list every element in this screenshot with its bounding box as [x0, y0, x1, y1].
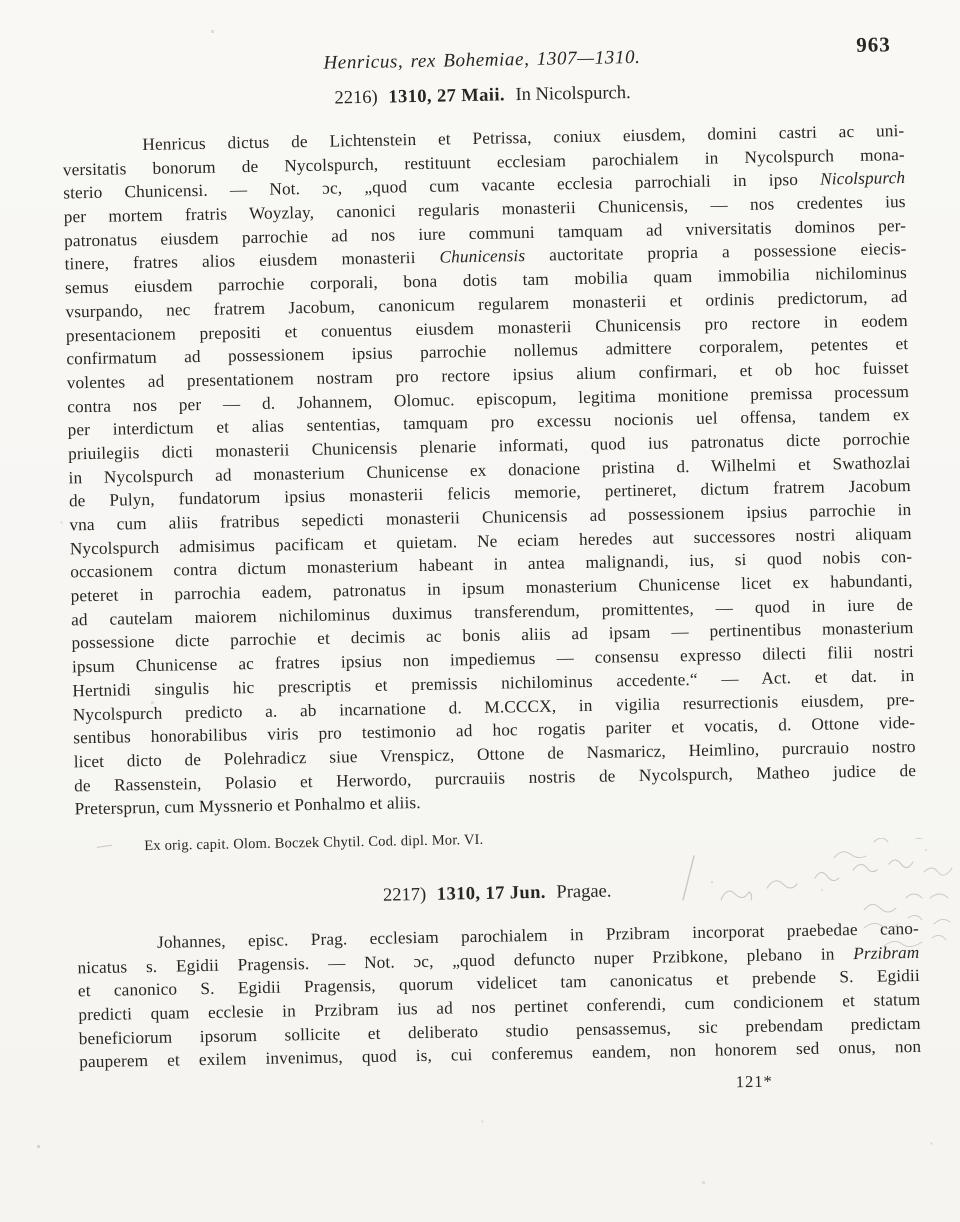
charter-entry: 2216) 1310, 27 Maii. In Nicolspurch. Hen…: [62, 78, 918, 857]
page-number: 963: [856, 32, 891, 58]
pencil-mark: [97, 845, 112, 848]
entry-number: 2216): [334, 88, 378, 109]
entry-body: Henricus dictus de Lichtenstein et Petri…: [62, 119, 916, 821]
entry-place: Pragae.: [556, 881, 611, 902]
entry-heading: 2216) 1310, 27 Maii. In Nicolspurch.: [62, 78, 904, 114]
entry-number: 2217): [383, 885, 427, 906]
running-header: Henricus, rex Bohemiae, 1307—1310. 963: [61, 42, 903, 83]
entry-place: In Nicolspurch.: [515, 83, 630, 105]
scanned-book-page: { "colors": { "paper": "#f8f7f4", "ink":…: [0, 0, 960, 1222]
scan-dust-specks: [0, 0, 1, 1]
entry-date: 1310, 27 Maii.: [388, 85, 505, 107]
running-header-title: Henricus, rex Bohemiae, 1307—1310.: [323, 47, 640, 74]
entry-date: 1310, 17 Jun.: [437, 883, 546, 905]
signature-mark: 121*: [80, 1069, 922, 1104]
source-text: Ex orig. capit. Olom. Boczek Chytil. Cod…: [144, 832, 483, 854]
handwritten-pencil-marginalia: [626, 838, 960, 963]
